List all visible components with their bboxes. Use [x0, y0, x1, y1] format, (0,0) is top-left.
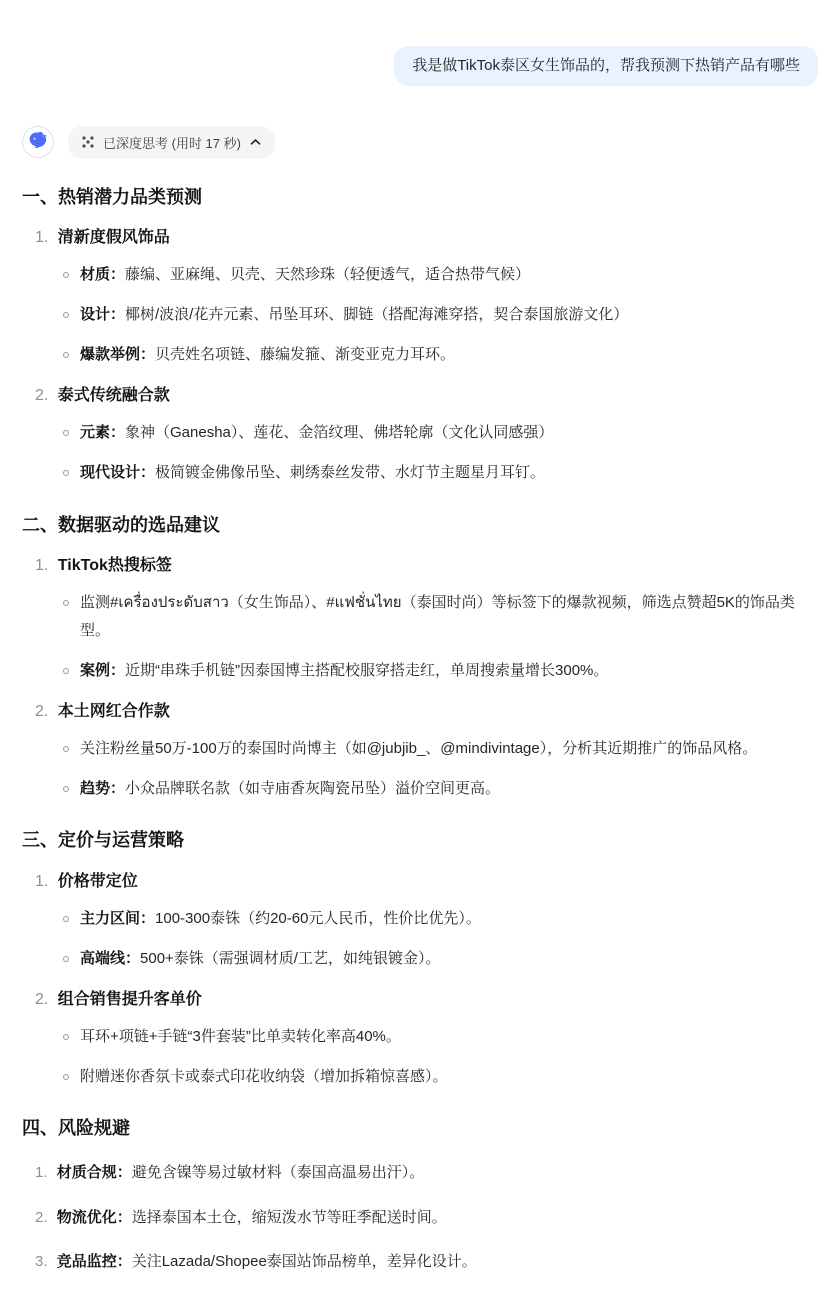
item-number: 2. [35, 991, 48, 1008]
bullet-label: 案例： [80, 662, 125, 679]
bullet-item: 监测#เครื่องประดับสาว（女生饰品）、#แฟชั่นไทย（泰国时… [22, 589, 812, 645]
bullet-item: 材质：藤编、亚麻绳、贝壳、天然珍珠（轻便透气，适合热带气候） [22, 261, 812, 289]
bullet-marker-icon [63, 786, 69, 792]
bullet-marker-icon [63, 272, 69, 278]
bullet-text: 100-300泰铢（约20-60元人民币，性价比优先）。 [155, 910, 481, 927]
bullet-item: 案例：近期“串珠手机链”因泰国博主搭配校服穿搭走红，单周搜索量增长300%。 [22, 657, 812, 685]
bullet-item: 设计：椰树/波浪/花卉元素、吊坠耳环、脚链（搭配海滩穿搭，契合泰国旅游文化） [22, 301, 812, 329]
item-label: 竞品监控： [57, 1253, 132, 1270]
numbered-item: 2. 物流优化：选择泰国本土仓，缩短泼水节等旺季配送时间。 [22, 1204, 812, 1232]
user-message-bubble: 我是做TikTok泰区女生饰品的，帮我预测下热销产品有哪些 [394, 46, 818, 86]
bullet-text: 极简镀金佛像吊坠、刺绣泰丝发带、水灯节主题星月耳钉。 [155, 464, 545, 481]
bullet-label: 高端线： [80, 950, 140, 967]
bullet-label: 主力区间： [80, 910, 155, 927]
user-message-row: 我是做TikTok泰区女生饰品的，帮我预测下热销产品有哪些 [22, 46, 818, 86]
bullet-text: 监测#เครื่องประดับสาว（女生饰品）、#แฟชั่นไทย（泰国时… [80, 594, 795, 639]
bullet-item: 附赠迷你香氛卡或泰式印花收纳袋（增加拆箱惊喜感）。 [22, 1063, 812, 1091]
bullet-marker-icon [63, 956, 69, 962]
item-title-text: 清新度假风饰品 [58, 229, 170, 246]
item-label: 材质合规： [57, 1164, 132, 1181]
assistant-content: 一、热销潜力品类预测1. 清新度假风饰品材质：藤编、亚麻绳、贝壳、天然珍珠（轻便… [22, 185, 818, 1276]
bullet-item: 现代设计：极简镀金佛像吊坠、刺绣泰丝发带、水灯节主题星月耳钉。 [22, 459, 812, 487]
bullet-label: 元素： [80, 424, 125, 441]
bullet-text: 象神（Ganesha）、莲花、金箔纹理、佛塔轮廓（文化认同感强） [125, 424, 553, 441]
list-item-title: 2. 泰式传统融合款 [22, 385, 818, 407]
bullet-item: 高端线：500+泰铢（需强调材质/工艺，如纯银镀金）。 [22, 945, 812, 973]
bullet-marker-icon [63, 916, 69, 922]
assistant-header: 已深度思考 (用时 17 秒) [22, 126, 818, 159]
bullet-item: 关注粉丝量50万-100万的泰国时尚博主（如@jubjib_、@mindivin… [22, 735, 812, 763]
item-number: 2. [35, 1209, 48, 1226]
bullet-text: 500+泰铢（需强调材质/工艺，如纯银镀金）。 [140, 950, 440, 967]
item-title-text: 泰式传统融合款 [58, 387, 170, 404]
bullet-text: 贝壳姓名项链、藤编发箍、渐变亚克力耳环。 [155, 346, 455, 363]
bullet-list: 元素：象神（Ganesha）、莲花、金箔纹理、佛塔轮廓（文化认同感强）现代设计：… [22, 419, 818, 487]
item-number: 2. [35, 387, 48, 404]
bullet-marker-icon [63, 746, 69, 752]
assistant-avatar [22, 126, 54, 158]
bullet-text: 耳环+项链+手链“3件套装”比单卖转化率高40%。 [80, 1028, 401, 1045]
bullet-marker-icon [63, 1074, 69, 1080]
bullet-list: 耳环+项链+手链“3件套装”比单卖转化率高40%。附赠迷你香氛卡或泰式印花收纳袋… [22, 1023, 818, 1091]
item-text: 选择泰国本土仓，缩短泼水节等旺季配送时间。 [132, 1209, 447, 1226]
bullet-text: 小众品牌联名款（如寺庙香灰陶瓷吊坠）溢价空间更高。 [125, 780, 500, 797]
item-number: 3. [35, 1253, 48, 1270]
item-title-text: 组合销售提升客单价 [58, 991, 202, 1008]
bullet-marker-icon [63, 430, 69, 436]
item-number: 1. [35, 873, 48, 890]
bullet-marker-icon [63, 352, 69, 358]
item-number: 1. [35, 557, 48, 574]
section-title: 三、定价与运营策略 [22, 828, 818, 852]
bullet-list: 关注粉丝量50万-100万的泰国时尚博主（如@jubjib_、@mindivin… [22, 735, 818, 803]
bullet-marker-icon [63, 1034, 69, 1040]
bullet-label: 材质： [80, 266, 125, 283]
deepthink-grid-icon [82, 136, 94, 148]
deepseek-whale-icon [27, 129, 49, 156]
list-item-title: 1. 价格带定位 [22, 871, 818, 893]
section-title: 四、风险规避 [22, 1116, 818, 1140]
chevron-up-icon [250, 138, 261, 146]
bullet-marker-icon [63, 668, 69, 674]
item-number: 2. [35, 703, 48, 720]
bullet-item: 耳环+项链+手链“3件套装”比单卖转化率高40%。 [22, 1023, 812, 1051]
bullet-label: 现代设计： [80, 464, 155, 481]
bullet-marker-icon [63, 600, 69, 606]
item-title-text: 价格带定位 [58, 873, 138, 890]
bullet-label: 趋势： [80, 780, 125, 797]
bullet-item: 趋势：小众品牌联名款（如寺庙香灰陶瓷吊坠）溢价空间更高。 [22, 775, 812, 803]
item-number: 1. [35, 1164, 48, 1181]
item-title-text: TikTok热搜标签 [58, 557, 172, 574]
bullet-list: 监测#เครื่องประดับสาว（女生饰品）、#แฟชั่นไทย（泰国时… [22, 589, 818, 684]
bullet-text: 近期“串珠手机链”因泰国博主搭配校服穿搭走红，单周搜索量增长300%。 [125, 662, 608, 679]
numbered-item: 1. 材质合规：避免含镍等易过敏材料（泰国高温易出汗）。 [22, 1159, 812, 1187]
list-item-title: 1. 清新度假风饰品 [22, 227, 818, 249]
deep-think-label: 已深度思考 (用时 17 秒) [103, 133, 241, 152]
bullet-label: 设计： [80, 306, 125, 323]
bullet-text: 附赠迷你香氛卡或泰式印花收纳袋（增加拆箱惊喜感）。 [80, 1068, 448, 1085]
bullet-marker-icon [63, 470, 69, 476]
list-item-title: 2. 组合销售提升客单价 [22, 989, 818, 1011]
bullet-marker-icon [63, 312, 69, 318]
bullet-label: 爆款举例： [80, 346, 155, 363]
list-item-title: 1. TikTok热搜标签 [22, 555, 818, 577]
section-title: 二、数据驱动的选品建议 [22, 513, 818, 537]
item-text: 关注Lazada/Shopee泰国站饰品榜单，差异化设计。 [132, 1253, 477, 1270]
bullet-list: 材质：藤编、亚麻绳、贝壳、天然珍珠（轻便透气，适合热带气候）设计：椰树/波浪/花… [22, 261, 818, 368]
bullet-item: 元素：象神（Ganesha）、莲花、金箔纹理、佛塔轮廓（文化认同感强） [22, 419, 812, 447]
numbered-item: 3. 竞品监控：关注Lazada/Shopee泰国站饰品榜单，差异化设计。 [22, 1248, 812, 1276]
item-number: 1. [35, 229, 48, 246]
bullet-list: 主力区间：100-300泰铢（约20-60元人民币，性价比优先）。高端线：500… [22, 905, 818, 973]
bullet-item: 主力区间：100-300泰铢（约20-60元人民币，性价比优先）。 [22, 905, 812, 933]
bullet-text: 椰树/波浪/花卉元素、吊坠耳环、脚链（搭配海滩穿搭，契合泰国旅游文化） [125, 306, 628, 323]
item-text: 避免含镍等易过敏材料（泰国高温易出汗）。 [132, 1164, 425, 1181]
bullet-text: 藤编、亚麻绳、贝壳、天然珍珠（轻便透气，适合热带气候） [125, 266, 530, 283]
item-title-text: 本土网红合作款 [58, 703, 170, 720]
section-title: 一、热销潜力品类预测 [22, 185, 818, 209]
item-label: 物流优化： [57, 1209, 132, 1226]
chat-container: 我是做TikTok泰区女生饰品的，帮我预测下热销产品有哪些 [0, 0, 840, 1313]
list-item-title: 2. 本土网红合作款 [22, 701, 818, 723]
bullet-item: 爆款举例：贝壳姓名项链、藤编发箍、渐变亚克力耳环。 [22, 341, 812, 369]
bullet-text: 关注粉丝量50万-100万的泰国时尚博主（如@jubjib_、@mindivin… [80, 740, 757, 757]
deep-think-toggle[interactable]: 已深度思考 (用时 17 秒) [68, 126, 275, 159]
